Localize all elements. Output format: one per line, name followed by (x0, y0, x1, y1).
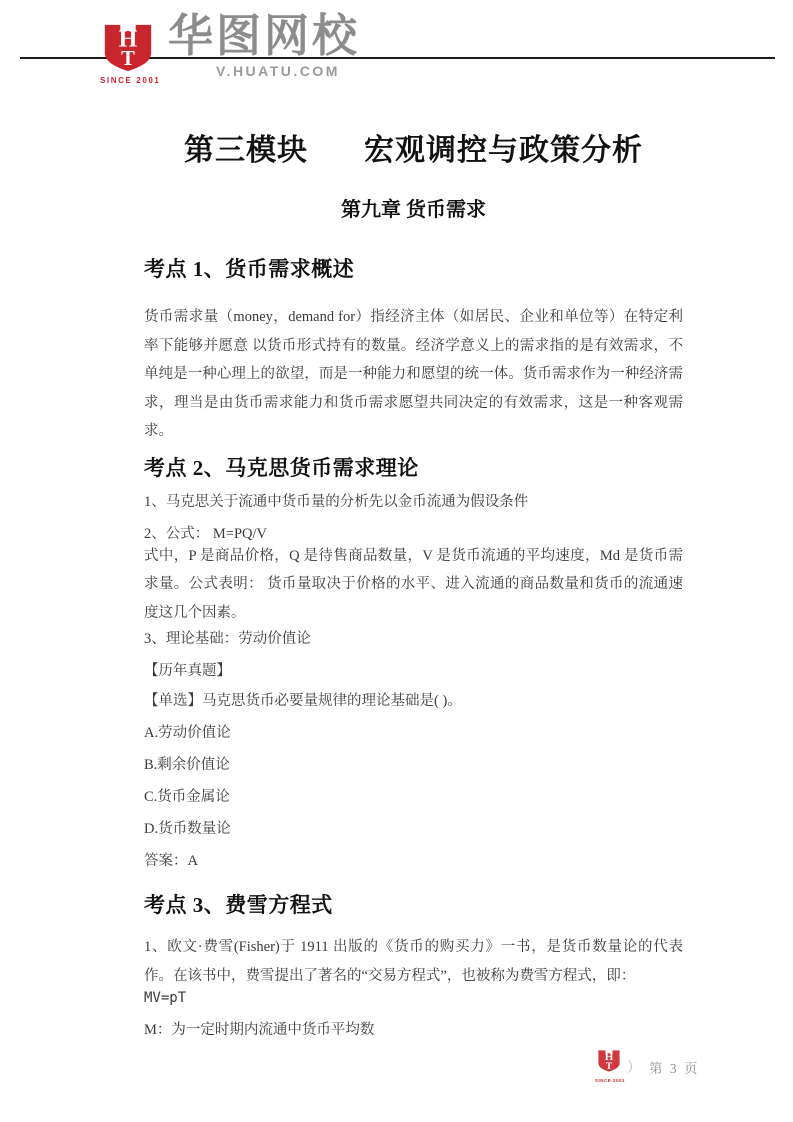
section1-paragraph: 货币需求量（money，demand for）指经济主体（如居民、企业和单位等）… (144, 303, 683, 446)
module-title-part2: 宏观调控与政策分析 (364, 134, 643, 167)
section2-item3: 3、理论基础：劳动价值论 (144, 623, 683, 655)
document-page: H T SINCE 2001 华图网校 V.HUATU.COM 第三模块宏观调控… (0, 0, 793, 1122)
document-body: 第三模块宏观调控与政策分析 第九章 货币需求 考点 1、货币需求概述 货币需求量… (144, 0, 683, 1046)
page-footer: H T SINCE 2001 ） 第 3 页 (595, 1050, 700, 1083)
footer-since-text: SINCE 2001 (595, 1078, 623, 1083)
footer-shield-icon: H T (597, 1050, 621, 1072)
exam-question: 【单选】马克思货币必要量规律的理论基础是( )。 (144, 685, 683, 717)
answer-line: 答案：A (144, 845, 683, 877)
option-c: C.货币金属论 (144, 781, 683, 813)
section1-heading: 考点 1、货币需求概述 (144, 255, 683, 283)
past-exam-label: 【历年真题】 (144, 655, 683, 687)
svg-text:T: T (606, 1062, 613, 1072)
section2-item1: 1、马克思关于流通中货币量的分析先以金币流通为假设条件 (144, 486, 683, 518)
chapter-title: 第九章 货币需求 (144, 197, 683, 223)
footer-logo: H T SINCE 2001 (595, 1050, 623, 1083)
option-a: A.劳动价值论 (144, 717, 683, 749)
section3-heading: 考点 3、费雪方程式 (144, 891, 683, 919)
footer-bracket: ） (627, 1057, 641, 1077)
svg-text:H: H (605, 1051, 614, 1063)
section2-heading: 考点 2、马克思货币需求理论 (144, 454, 683, 482)
option-b: B.剩余价值论 (144, 749, 683, 781)
section2-paragraph: 式中，P 是商品价格，Q 是待售商品数量，V 是货币流通的平均速度，Md 是货币… (144, 542, 683, 628)
m-definition: M：为一定时期内流通中货币平均数 (144, 1014, 683, 1046)
section3-paragraph: 1、欧文·费雪(Fisher)于 1911 出版的《货币的购买力》一书，是货币数… (144, 933, 683, 990)
module-title-part1: 第三模块 (184, 134, 308, 167)
page-number: 第 3 页 (649, 1057, 700, 1077)
svg-text:T: T (121, 48, 135, 70)
module-title: 第三模块宏观调控与政策分析 (144, 131, 683, 170)
option-d: D.货币数量论 (144, 813, 683, 845)
